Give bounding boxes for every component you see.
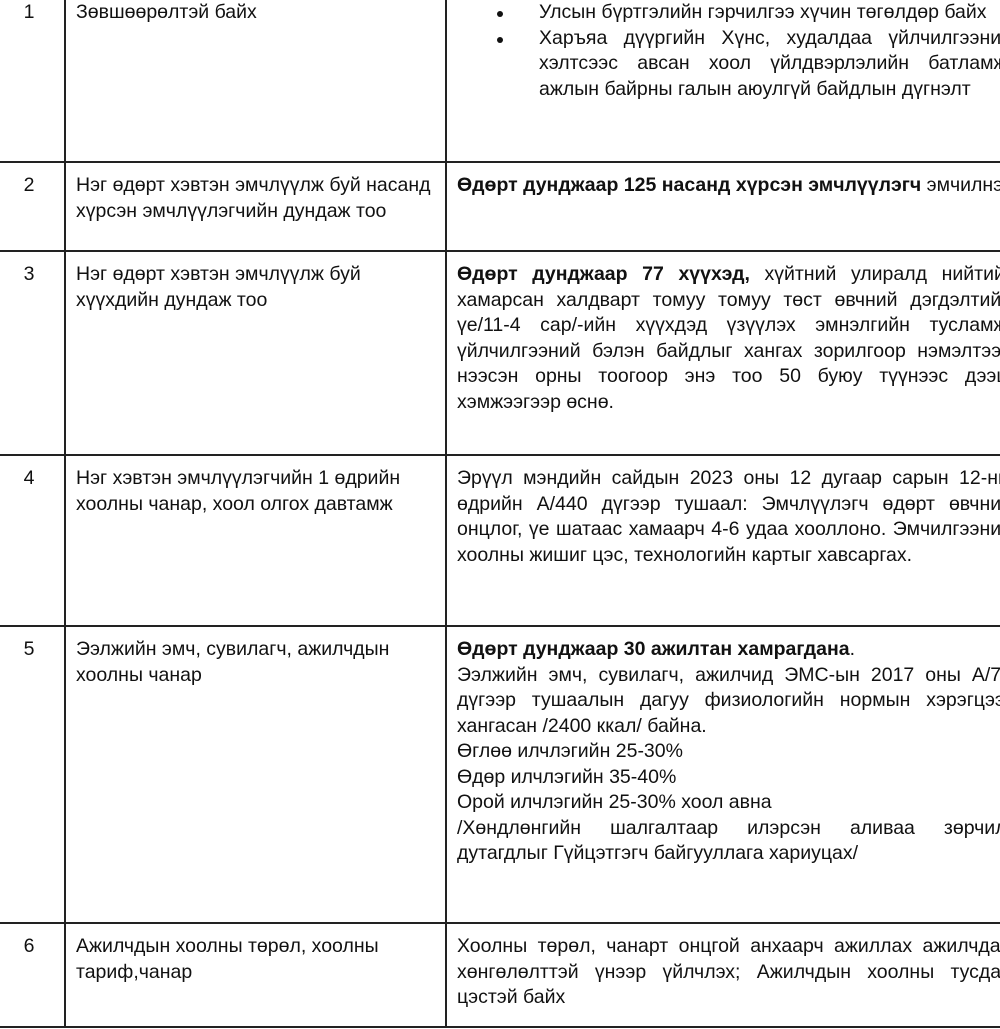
criterion-cell: Зөвшөөрөлтэй байх	[65, 0, 446, 162]
row-number: 4	[0, 455, 65, 626]
criterion-cell: Ээлжийн эмч, сувилагч, ажилчдын хоолны ч…	[65, 626, 446, 923]
description-cell: Өдөрт дунджаар 30 ажилтан хамрагдана. Ээ…	[446, 626, 1000, 923]
row-number: 2	[0, 162, 65, 251]
table-row: 1 Зөвшөөрөлтэй байх Улсын бүртгэлийн гэр…	[0, 0, 1000, 162]
row-number: 1	[0, 0, 65, 162]
bold-highlight: Өдөрт дунджаар 125 насанд хүрсэн эмчлүүл…	[457, 174, 921, 196]
meal-share-line: Өглөө илчлэгийн 25-30%	[457, 739, 1000, 765]
row-number: 6	[0, 923, 65, 1027]
bullet-item: Харъяа дүүргийн Хүнс, худалдаа үйлчилгээ…	[539, 26, 1000, 103]
bullet-item: Улсын бүртгэлийн гэрчилгээ хүчин төгөлдө…	[539, 0, 1000, 26]
description-cell: Улсын бүртгэлийн гэрчилгээ хүчин төгөлдө…	[446, 0, 1000, 162]
criterion-cell: Ажилчдын хоолны төрөл, хоолны тариф,чана…	[65, 923, 446, 1027]
row-number: 5	[0, 626, 65, 923]
description-cell: Өдөрт дунджаар 125 насанд хүрсэн эмчлүүл…	[446, 162, 1000, 251]
responsibility-note: /Хөндлөнгийн шалгалтаар илэрсэн аливаа з…	[457, 816, 1000, 867]
requirement-bullet-list: Улсын бүртгэлийн гэрчилгээ хүчин төгөлдө…	[457, 0, 1000, 102]
description-paragraph: Ээлжийн эмч, сувилагч, ажилчид ЭМС-ын 20…	[457, 663, 1000, 740]
description-cell: Хоолны төрөл, чанарт онцгой анхаарч ажил…	[446, 923, 1000, 1027]
row-number: 3	[0, 251, 65, 455]
table-row: 4 Нэг хэвтэн эмчлүүлэгчийн 1 өдрийн хоол…	[0, 455, 1000, 626]
requirements-table: 1 Зөвшөөрөлтэй байх Улсын бүртгэлийн гэр…	[0, 0, 1000, 1028]
table-row: 2 Нэг өдөрт хэвтэн эмчлүүлж буй насанд х…	[0, 162, 1000, 251]
description-cell: Өдөрт дунджаар 77 хүүхэд, хүйтний улирал…	[446, 251, 1000, 455]
meal-share-line: Орой илчлэгийн 25-30% хоол авна	[457, 790, 1000, 816]
description-text: хүйтний улиралд нийтийг хамарсан халдвар…	[457, 263, 1000, 413]
table-row: 6 Ажилчдын хоолны төрөл, хоолны тариф,ча…	[0, 923, 1000, 1027]
headline: Өдөрт дунджаар 30 ажилтан хамрагдана.	[457, 637, 1000, 663]
criterion-cell: Нэг өдөрт хэвтэн эмчлүүлж буй насанд хүр…	[65, 162, 446, 251]
criterion-cell: Нэг хэвтэн эмчлүүлэгчийн 1 өдрийн хоолны…	[65, 455, 446, 626]
meal-share-line: Өдөр илчлэгийн 35-40%	[457, 765, 1000, 791]
table-row: 5 Ээлжийн эмч, сувилагч, ажилчдын хоолны…	[0, 626, 1000, 923]
bold-highlight: Өдөрт дунджаар 30 ажилтан хамрагдана	[457, 638, 850, 660]
description-cell: Эрүүл мэндийн сайдын 2023 оны 12 дугаар …	[446, 455, 1000, 626]
bold-highlight: Өдөрт дунджаар 77 хүүхэд,	[457, 263, 750, 285]
table-row: 3 Нэг өдөрт хэвтэн эмчлүүлж буй хүүхдийн…	[0, 251, 1000, 455]
criterion-cell: Нэг өдөрт хэвтэн эмчлүүлж буй хүүхдийн д…	[65, 251, 446, 455]
description-text: эмчилнэ.	[921, 174, 1000, 196]
